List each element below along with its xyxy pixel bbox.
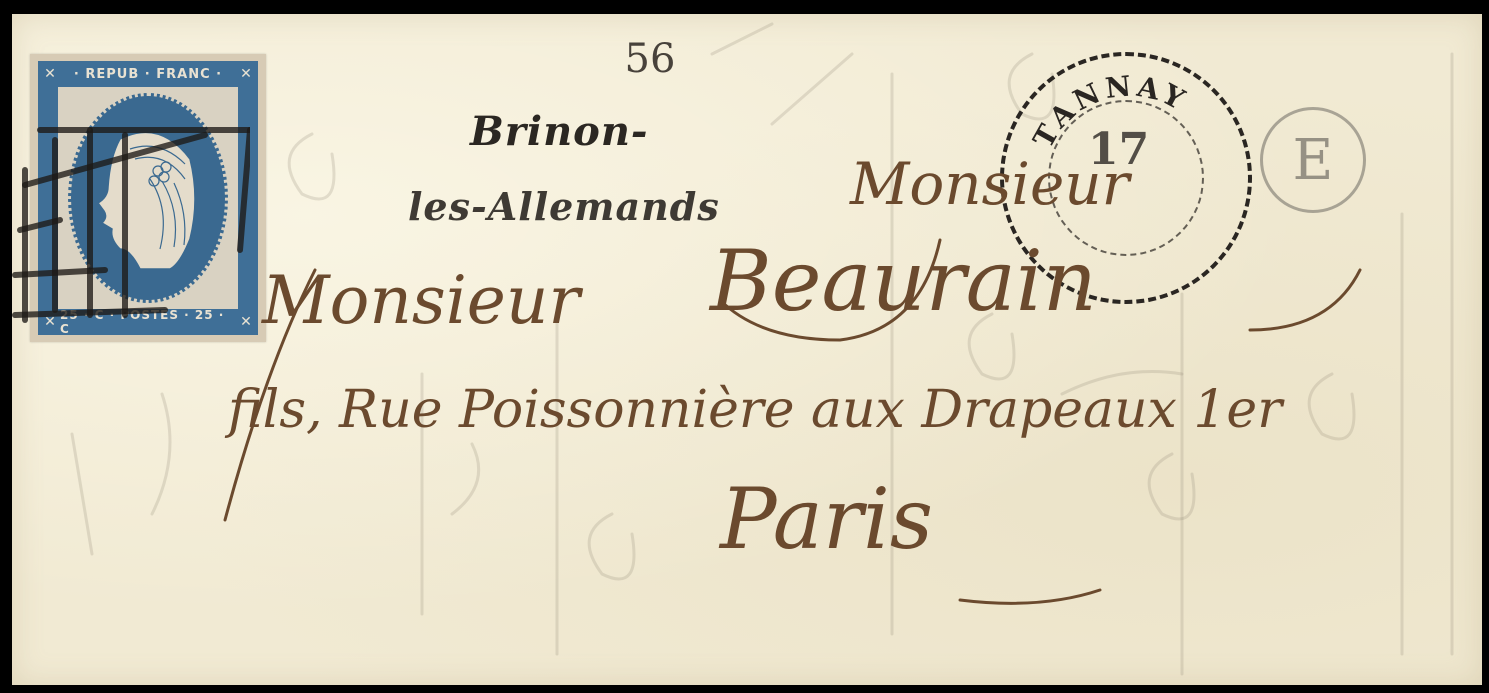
office-number: 56 bbox=[520, 36, 780, 82]
post-office-number: 56 bbox=[520, 36, 780, 82]
town-cancel-line1: Brinon- bbox=[470, 108, 649, 155]
address-line-3: fils, Rue Poissonnière aux Drapeaux 1er bbox=[228, 380, 1282, 440]
address-line-2-title: Monsieur bbox=[262, 262, 580, 339]
circle-mark-letter: E bbox=[1293, 128, 1334, 193]
stamp-top-inscription: · REPUB · FRANC · bbox=[60, 63, 236, 85]
address-line-2-name: Beaurain bbox=[710, 232, 1097, 330]
address-line-4-city: Paris bbox=[720, 470, 933, 568]
town-cancel-line2: les-Allemands bbox=[408, 184, 720, 229]
corner-cross-icon: ✕ bbox=[236, 64, 256, 84]
circle-letter-mark: E bbox=[1260, 107, 1366, 213]
address-line-1: Monsieur bbox=[850, 150, 1129, 218]
corner-cross-icon: ✕ bbox=[40, 64, 60, 84]
grid-cancellation bbox=[0, 110, 250, 330]
